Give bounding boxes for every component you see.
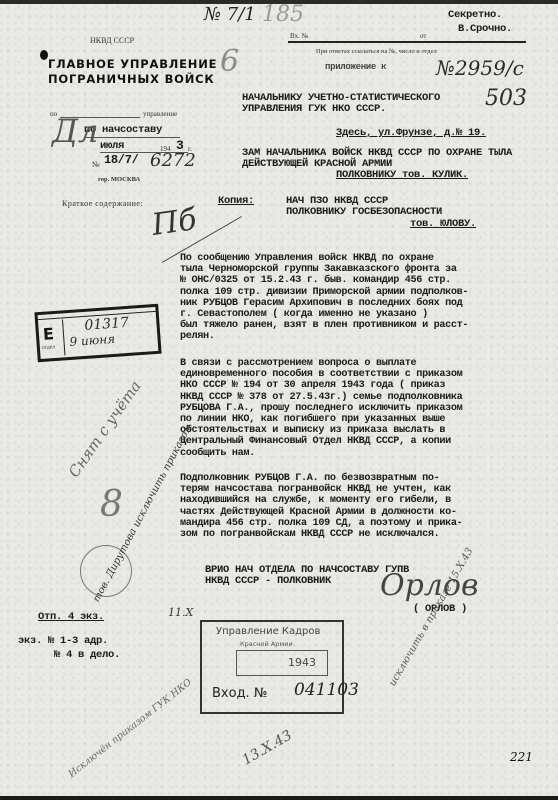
- document-page: НКВД СССР ГЛАВНОЕ УПРАВЛЕНИЕ ПОГРАНИЧНЫХ…: [0, 0, 558, 796]
- org-title-line1: ГЛАВНОЕ УПРАВЛЕНИЕ: [48, 57, 217, 72]
- date-value: июля: [100, 141, 124, 152]
- stamp-number: 01317: [84, 315, 130, 334]
- stamp-subtitle: Красной Армии: [240, 640, 293, 648]
- signature-line2: НКВД СССР - ПОЛКОВНИК: [205, 576, 331, 587]
- copies-line1: экз. № 1-3 адр.: [18, 636, 108, 647]
- incoming-stamp: Управление Кадров Красной Армии 1943 Вхо…: [200, 620, 344, 714]
- agency-label: НКВД СССР: [90, 36, 134, 45]
- paragraph-3: Подполковник РУБЦОВ Г.А. по безвозвратны…: [180, 473, 462, 540]
- stamp-dept-label: отдел: [42, 344, 55, 351]
- stamp-date: 9 июня: [69, 332, 115, 349]
- pencil-number: 185: [262, 2, 304, 27]
- incoming-number-label: Вх. №: [290, 32, 308, 40]
- pencil-mark: 6: [220, 44, 239, 79]
- handwritten-top-mark: № 7/1: [204, 4, 256, 25]
- copy-label: Копия:: [218, 196, 254, 207]
- pen-mark: Пб: [150, 202, 199, 243]
- copies-line2: № 4 в дело.: [54, 650, 120, 661]
- header-rule: [288, 41, 526, 43]
- address: Здесь, ул.Фрунзе, д.№ 19.: [336, 128, 486, 139]
- attachment-number: №2959/с: [436, 56, 524, 80]
- margin-digit: 8: [100, 484, 123, 525]
- margin-note-bottom: Исключён приказом ГУК НКО: [67, 677, 194, 780]
- handwritten-503: 503: [485, 86, 527, 111]
- copy-line3: тов. ЮЛОВУ.: [410, 219, 476, 230]
- ink-blot: [40, 50, 48, 60]
- stamp-incoming-number: 041103: [294, 680, 359, 700]
- paragraph-1: По сообщению Управления войск НКВД по ох…: [180, 253, 468, 343]
- org-title-line2: ПОГРАНИЧНЫХ ВОЙСК: [48, 72, 215, 87]
- dept-label: управление: [143, 110, 177, 118]
- margin-initials: 11.Х: [168, 606, 193, 619]
- stamp-title: Управление Кадров: [216, 626, 320, 637]
- summary-label: Краткое содержание:: [62, 199, 143, 208]
- number-prefix: №: [92, 160, 100, 169]
- paragraph-2: В связи с рассмотрением вопроса о выплат…: [180, 358, 462, 459]
- margin-note-upper: Снят с учёта: [65, 377, 145, 480]
- urgency-label: В.Срочно.: [458, 24, 512, 35]
- stamp-incoming-label: Вход. №: [212, 686, 267, 701]
- secrecy-label: Секретно.: [448, 10, 502, 21]
- handwritten-initials: Дл: [52, 112, 98, 150]
- copy-line2: ПОЛКОВНИКУ ГОСБЕЗОПАСНОСТИ: [286, 207, 442, 218]
- attachment-text: приложение к: [325, 62, 386, 73]
- outgoing-number-typed: 18/7/: [104, 155, 139, 166]
- reply-note: При ответах ссылаться на №, число и отде…: [316, 48, 437, 55]
- outgoing-number-handwritten: 6272: [150, 150, 196, 171]
- copies-header: Отп. 4 экз.: [38, 612, 104, 623]
- from-label: от: [420, 32, 426, 40]
- registration-stamp: Е отдел 01317 9 июня: [34, 304, 161, 363]
- addressee2-line3: ПОЛКОВНИКУ тов. КУЛИК.: [336, 170, 468, 181]
- stamp-letter: Е: [42, 324, 54, 344]
- stamp-year: 1943: [288, 656, 316, 669]
- handwritten-signature: Орлов: [380, 568, 478, 603]
- margin-date-bottom: 13.Х.43: [240, 727, 295, 768]
- city-label: гор. МОСКВА: [98, 176, 140, 183]
- page-number: 221: [510, 750, 533, 764]
- addressee1-line2: УПРАВЛЕНИЯ ГУК НКО СССР.: [242, 104, 386, 115]
